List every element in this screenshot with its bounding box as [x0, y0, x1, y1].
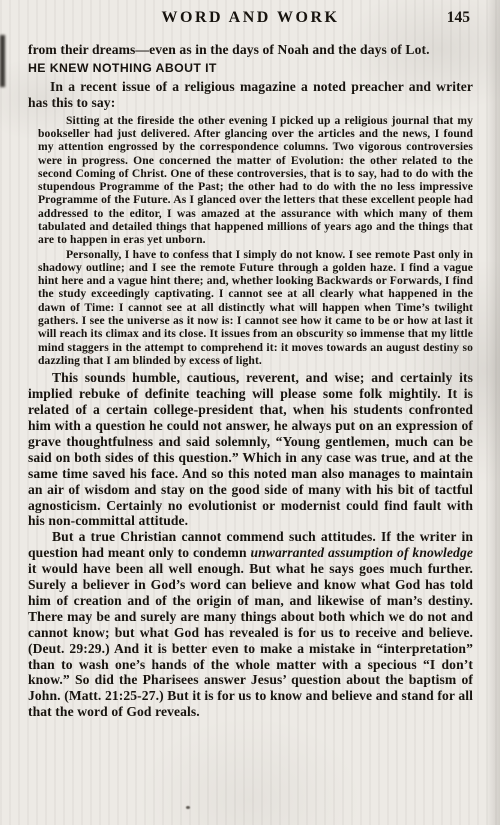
article-body: from their dreams—even as in the days of… [28, 42, 473, 720]
scan-gutter-smudge [0, 35, 5, 87]
italic-phrase: unwarranted assumption of knowledge [250, 545, 473, 560]
commentary-paragraph-2: But a true Christian cannot commend such… [28, 529, 473, 720]
quote-paragraph-2: Personally, I have to confess that I sim… [38, 248, 473, 368]
quote-paragraph-1: Sitting at the fireside the other evenin… [38, 114, 473, 247]
masthead: WORD AND WORK 145 [28, 7, 473, 33]
continuation-paragraph: from their dreams—even as in the days of… [28, 42, 473, 58]
scan-edge-streak [486, 0, 500, 825]
ink-speck [186, 806, 190, 809]
scanned-document-page: WORD AND WORK 145 from their dreams—even… [0, 0, 500, 825]
block-quotation: Sitting at the fireside the other evenin… [38, 114, 473, 368]
journal-title: WORD AND WORK [28, 7, 473, 27]
commentary: This sounds humble, cautious, reverent, … [28, 370, 473, 720]
lead-paragraph: In a recent issue of a religious magazin… [28, 79, 473, 111]
commentary-paragraph-2-text-continued: it would have been all well enough. But … [28, 561, 473, 719]
section-heading: HE KNEW NOTHING ABOUT IT [28, 61, 473, 77]
page-number: 145 [447, 9, 470, 27]
commentary-paragraph-1: This sounds humble, cautious, reverent, … [28, 370, 473, 529]
